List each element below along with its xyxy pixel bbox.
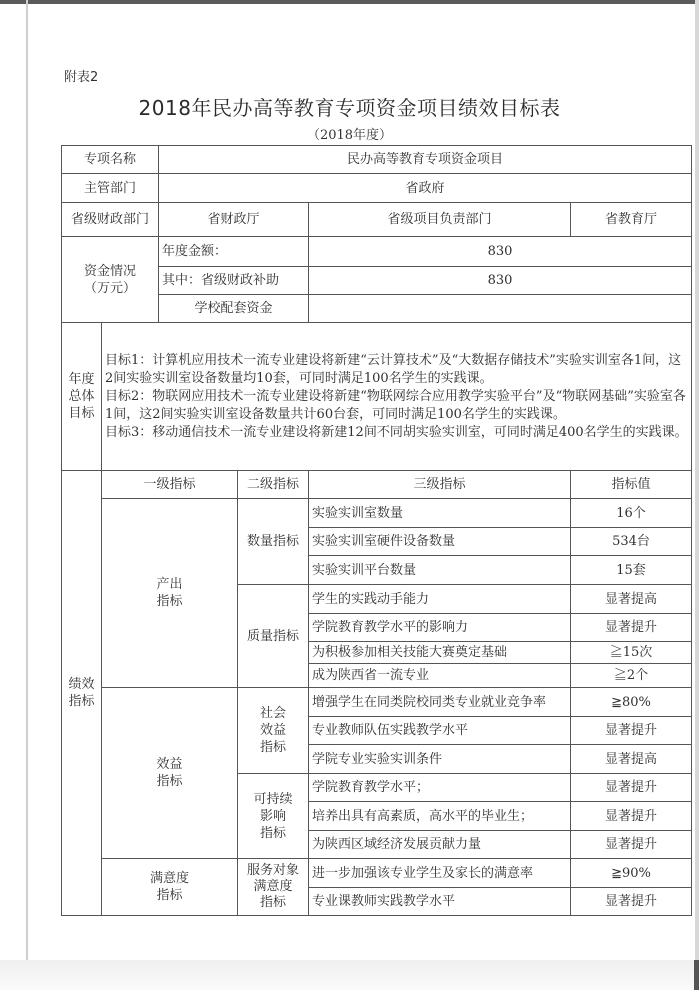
level2-label-line: 指标 [241, 895, 305, 911]
project-name-label: 专项名称 [62, 146, 159, 174]
indicator-name: 培养出具有高素质，高水平的毕业生； [309, 802, 571, 831]
level1-label-line: 指标 [105, 593, 234, 610]
row-finance-dept: 省级财政部门 省财政厅 省级项目负责部门 省教育厅 [62, 203, 692, 237]
scan-corner-shadow [694, 960, 699, 990]
row-annual-goals: 年度 总体 目标 目标1：计算机应用技术一流专业建设将新建“云计算技术”及“大数… [62, 323, 692, 471]
goals-label-line: 年度 [62, 371, 101, 388]
level1-satisfaction: 满意度 指标 [102, 859, 238, 916]
goals-label: 年度 总体 目标 [62, 323, 102, 471]
indicator-name: 学院教育教学水平； [309, 774, 571, 802]
level1-output: 产出 指标 [102, 499, 238, 688]
header-level2: 二级指标 [238, 471, 309, 499]
indicator-name: 实验实训室硬件设备数量 [309, 528, 571, 556]
level1-label-line: 效益 [105, 756, 234, 773]
indicator-value: 显著提升 [571, 774, 692, 802]
scan-top-edge [0, 0, 699, 4]
scan-right-edge [695, 0, 699, 990]
indicator-value: 显著提升 [571, 831, 692, 859]
indicator-name: 为陕西区域经济发展贡献力量 [309, 831, 571, 859]
indicator-name: 学院专业实验实训条件 [309, 745, 571, 774]
level1-label-line: 满意度 [105, 870, 234, 887]
indicator-name: 专业课教师实践教学水平 [309, 888, 571, 916]
level2-service-satisfaction: 服务对象 满意度 指标 [238, 859, 309, 916]
indicator-value: ≧2个 [571, 664, 692, 688]
level2-sustainable-impact: 可持续 影响 指标 [238, 774, 309, 859]
header-level3: 三级指标 [309, 471, 571, 499]
indicator-value: 15套 [571, 556, 692, 585]
indicator-name: 成为陕西省一流专业 [309, 664, 571, 688]
indicator-name: 增强学生在同类院校同类专业就业竞争率 [309, 688, 571, 717]
funds-label-line1: 资金情况 [65, 263, 155, 280]
row-project-name: 专项名称 民办高等教育专项资金项目 [62, 146, 692, 174]
header-level1: 一级指标 [102, 471, 238, 499]
performance-label: 绩效 指标 [62, 471, 102, 916]
level2-label-line: 指标 [241, 739, 305, 756]
row-funds-annual: 资金情况 （万元） 年度金额： 830 [62, 237, 692, 267]
goals-content: 目标1：计算机应用技术一流专业建设将新建“云计算技术”及“大数据存储技术”实验实… [102, 323, 692, 471]
level1-label-line: 指标 [105, 773, 234, 790]
level2-quality: 质量指标 [238, 585, 309, 688]
funds-label: 资金情况 （万元） [62, 237, 159, 323]
indicator-value: 显著提升 [571, 717, 692, 745]
row-indicator-header: 绩效 指标 一级指标 二级指标 三级指标 指标值 [62, 471, 692, 499]
indicator-name: 为积极参加相关技能大赛奠定基础 [309, 642, 571, 664]
finance-dept-value: 省财政厅 [159, 203, 309, 237]
row-dept: 主管部门 省政府 [62, 174, 692, 203]
goal-item-2: 目标2：物联网应用技术一流专业建设将新建“物联网综合应用教学实验平台”及“物联网… [105, 388, 688, 424]
goal-item-3: 目标3：移动通信技术一流专业建设将新建12间不同胡实验实训室，可同时满足400名… [105, 424, 688, 442]
level2-quantity: 数量指标 [238, 499, 309, 585]
indicator-value: 16个 [571, 499, 692, 528]
dept-label: 主管部门 [62, 174, 159, 203]
indicator-value: 显著提升 [571, 802, 692, 831]
indicator-value: 534台 [571, 528, 692, 556]
funds-annual-value: 830 [309, 237, 692, 267]
performance-target-table: 专项名称 民办高等教育专项资金项目 主管部门 省政府 省级财政部门 省财政厅 省… [61, 145, 692, 916]
funds-annual-label: 年度金额： [159, 237, 309, 267]
level2-label-line: 可持续 [241, 791, 305, 808]
indicator-name: 学院教育教学水平的影响力 [309, 614, 571, 642]
performance-label-line: 指标 [62, 693, 101, 710]
scan-bottom-edge [0, 960, 699, 990]
table-row: 产出 指标 数量指标 实验实训室数量 16个 [62, 499, 692, 528]
goals-label-line: 目标 [62, 405, 101, 422]
level2-label-line: 满意度 [241, 879, 305, 895]
scan-left-edge [26, 0, 28, 990]
level2-label-line: 指标 [241, 825, 305, 842]
funds-provincial-label: 其中：省级财政补助 [159, 267, 309, 295]
table-row: 效益 指标 社会 效益 指标 增强学生在同类院校同类专业就业竞争率 ≧80% [62, 688, 692, 717]
header-value: 指标值 [571, 471, 692, 499]
dept-value: 省政府 [159, 174, 692, 203]
indicator-name: 进一步加强该专业学生及家长的满意率 [309, 859, 571, 888]
funds-school-label: 学校配套资金 [159, 295, 309, 323]
page-title: 2018年民办高等教育专项资金项目绩效目标表 [0, 92, 699, 121]
level1-benefit: 效益 指标 [102, 688, 238, 859]
indicator-name: 实验实训室数量 [309, 499, 571, 528]
page-subtitle: （2018年度） [0, 124, 699, 143]
level2-label-line: 影响 [241, 808, 305, 825]
level2-label-line: 效益 [241, 722, 305, 739]
indicator-value: ≧15次 [571, 642, 692, 664]
level2-label-line: 服务对象 [241, 863, 305, 879]
performance-label-line: 绩效 [62, 676, 101, 693]
goal-item-1: 目标1：计算机应用技术一流专业建设将新建“云计算技术”及“大数据存储技术”实验实… [105, 352, 688, 388]
indicator-value: 显著提高 [571, 745, 692, 774]
project-name-value: 民办高等教育专项资金项目 [159, 146, 692, 174]
indicator-value: 显著提高 [571, 585, 692, 614]
goals-label-line: 总体 [62, 388, 101, 405]
funds-school-value [309, 295, 692, 323]
indicator-name: 实验实训平台数量 [309, 556, 571, 585]
indicator-value: ≧80% [571, 688, 692, 717]
level1-label-line: 指标 [105, 887, 234, 904]
level2-label-line: 社会 [241, 705, 305, 722]
funds-label-line2: （万元） [65, 280, 155, 297]
funds-provincial-value: 830 [309, 267, 692, 295]
finance-dept-label: 省级财政部门 [62, 203, 159, 237]
project-dept-value: 省教育厅 [571, 203, 692, 237]
table-row: 满意度 指标 服务对象 满意度 指标 进一步加强该专业学生及家长的满意率 ≧90… [62, 859, 692, 888]
indicator-name: 专业教师队伍实践教学水平 [309, 717, 571, 745]
indicator-name: 学生的实践动手能力 [309, 585, 571, 614]
level2-social-benefit: 社会 效益 指标 [238, 688, 309, 774]
indicator-value: ≧90% [571, 859, 692, 888]
level1-label-line: 产出 [105, 576, 234, 593]
indicator-value: 显著提升 [571, 888, 692, 916]
project-dept-label: 省级项目负责部门 [309, 203, 571, 237]
indicator-value: 显著提升 [571, 614, 692, 642]
annex-label: 附表2 [64, 66, 98, 85]
